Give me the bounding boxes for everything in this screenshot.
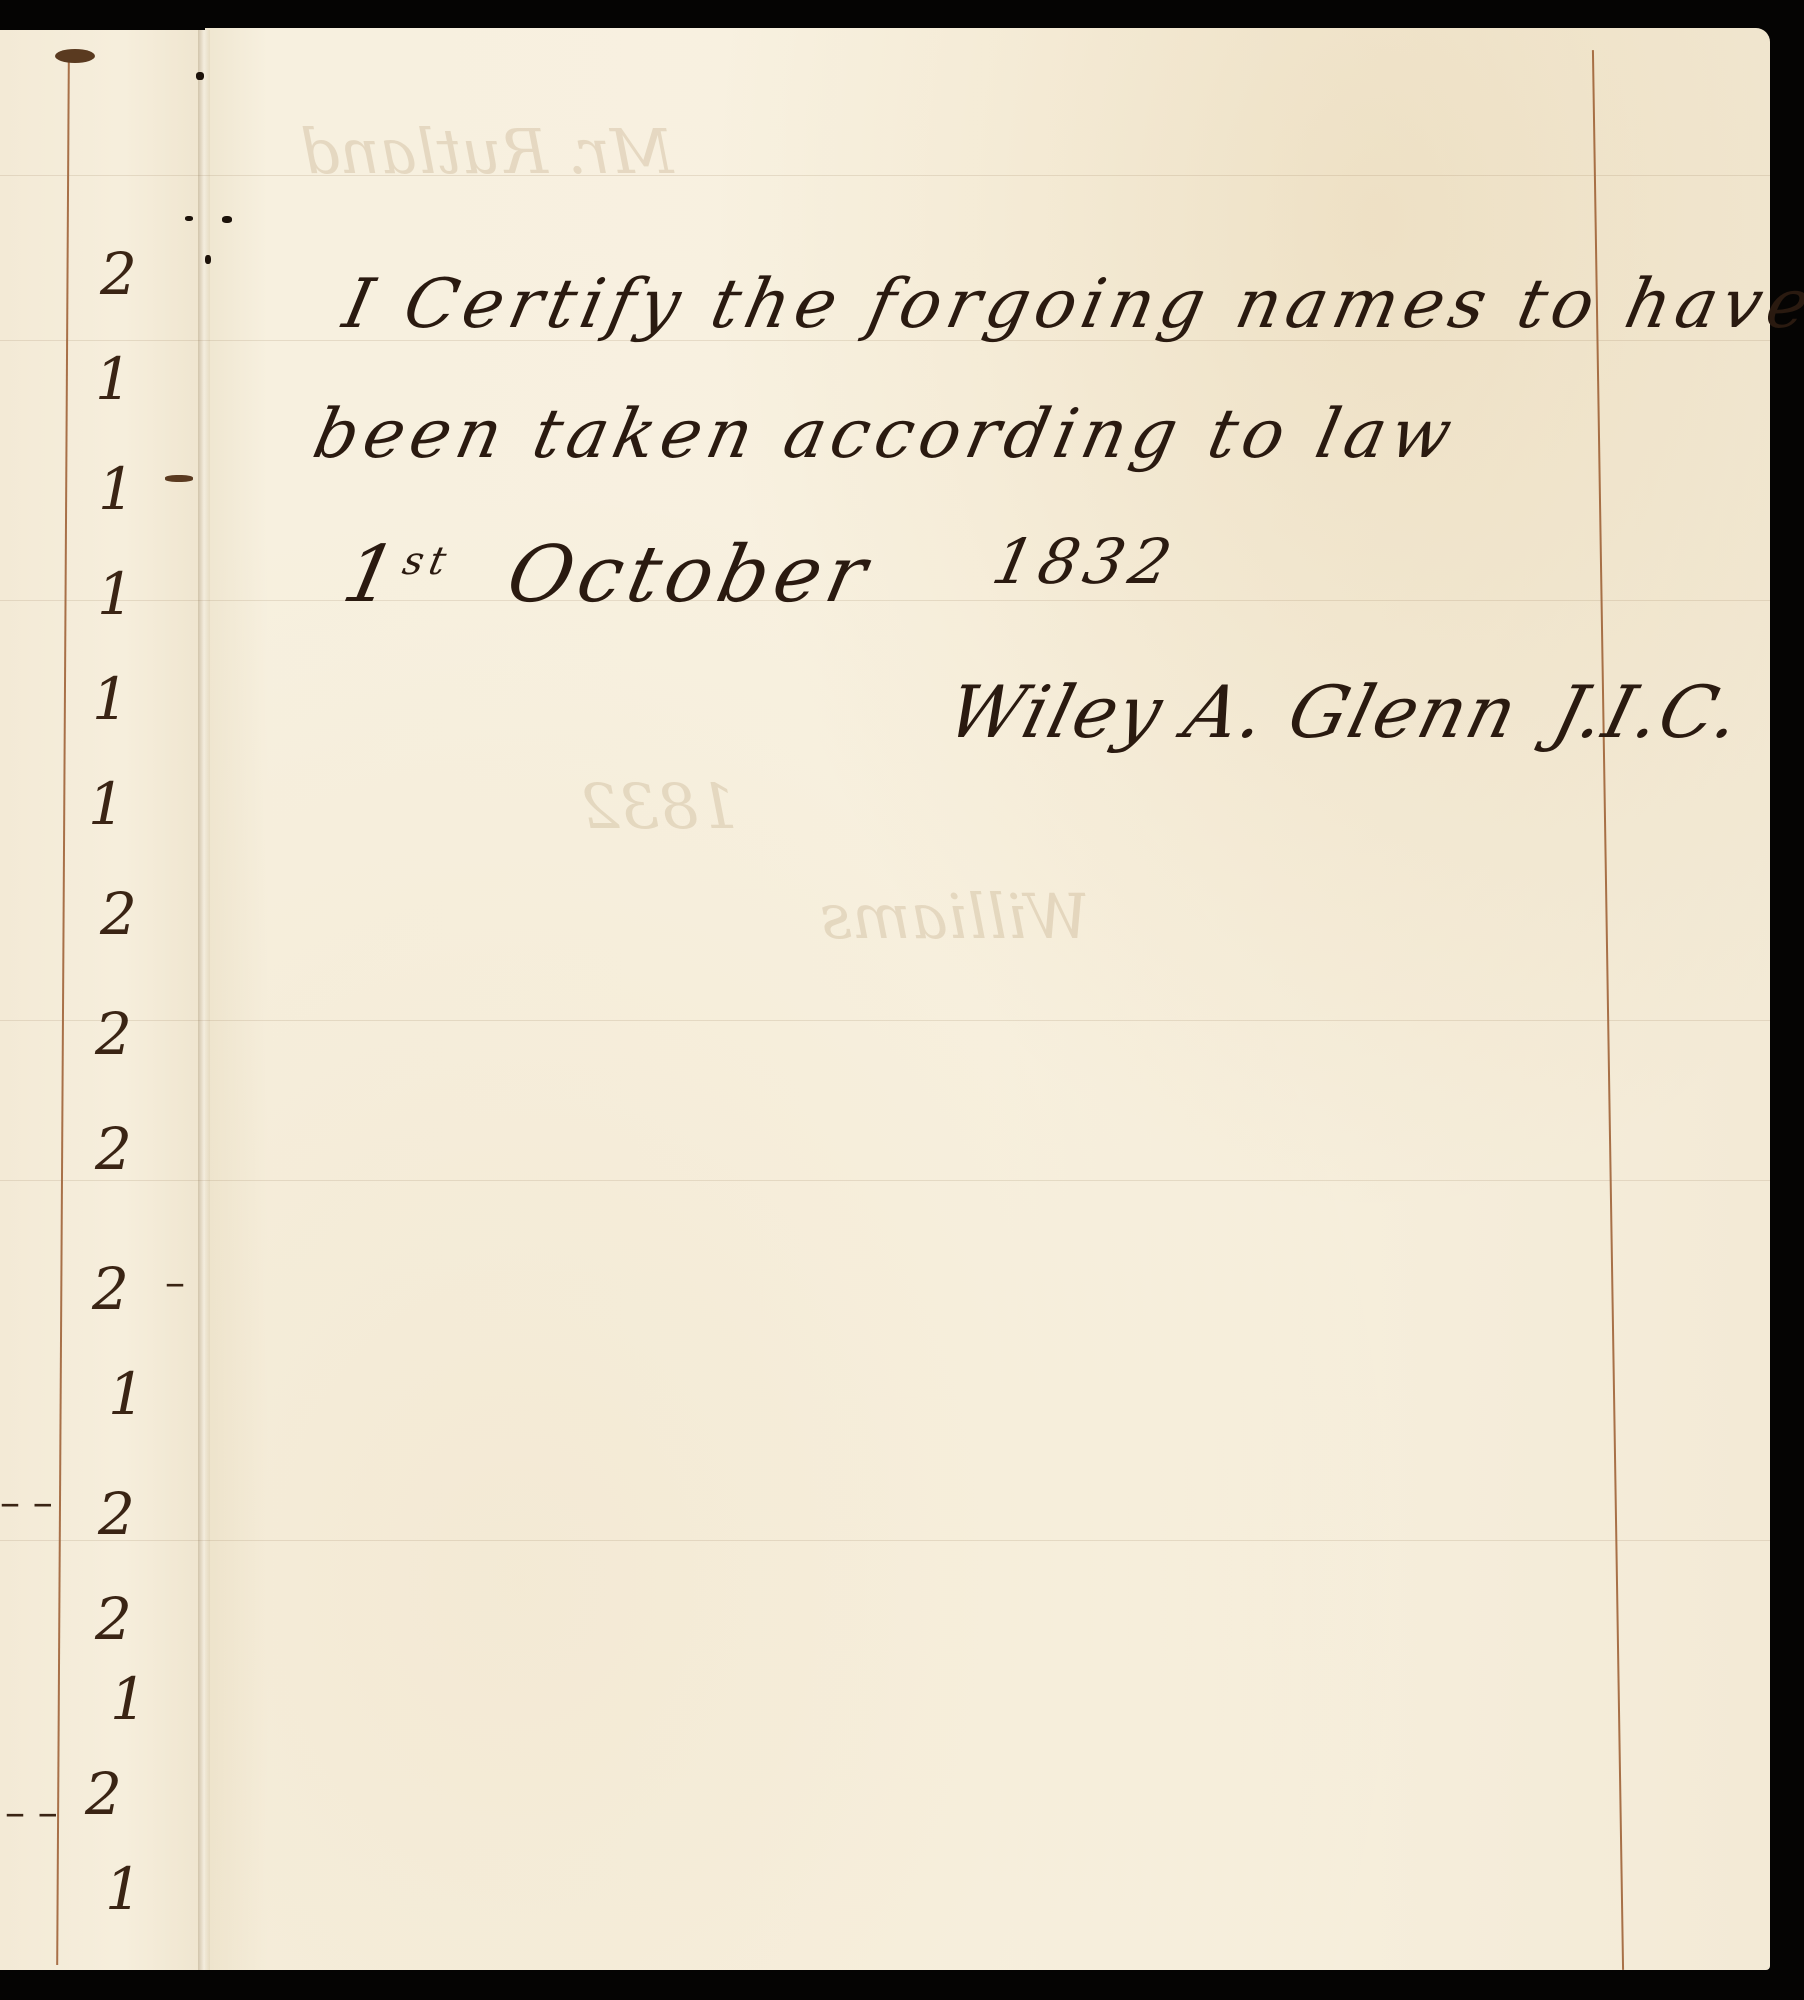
column-value: 2 bbox=[95, 1585, 132, 1653]
column-value: 1 bbox=[88, 770, 125, 838]
dash-mark: – – bbox=[0, 1480, 53, 1526]
certification-line-2: been taken according to law bbox=[307, 395, 1465, 474]
column-value: 2 bbox=[85, 1760, 122, 1828]
dash-mark: – bbox=[165, 1260, 185, 1306]
date-month: October bbox=[500, 530, 880, 620]
ink-speck bbox=[205, 255, 211, 264]
certification-line-1: I Certify the forgoing names to have bbox=[337, 265, 1804, 344]
ink-speck bbox=[185, 216, 193, 221]
ink-speck bbox=[196, 72, 204, 80]
ink-speck bbox=[165, 475, 193, 482]
column-value: 2 bbox=[98, 1480, 135, 1548]
column-value: 2 bbox=[100, 240, 137, 308]
column-value: 2 bbox=[100, 880, 137, 948]
faint-rule bbox=[0, 1180, 1770, 1181]
column-value: 2 bbox=[95, 1000, 132, 1068]
column-value: 2 bbox=[95, 1115, 132, 1183]
column-value: 1 bbox=[98, 455, 135, 523]
column-value: 1 bbox=[108, 1360, 145, 1428]
faint-rule bbox=[0, 1540, 1770, 1541]
column-value: 1 bbox=[92, 665, 129, 733]
column-value: 1 bbox=[105, 1855, 142, 1923]
signature-title: J.I.C. bbox=[1545, 670, 1751, 754]
ink-speck bbox=[222, 216, 232, 223]
dash-mark: – – bbox=[5, 1790, 58, 1836]
column-value: 1 bbox=[95, 345, 132, 413]
column-value: 1 bbox=[110, 1665, 147, 1733]
page-fold bbox=[198, 30, 210, 1970]
bleed-through-text: Williams bbox=[820, 880, 1090, 953]
ink-speck bbox=[55, 49, 95, 63]
bleed-through-text: Mr. Rutland bbox=[300, 115, 674, 188]
bleed-through-text: 1832 bbox=[580, 770, 738, 843]
signature-name: Wiley A. Glenn bbox=[940, 670, 1528, 754]
faint-rule bbox=[0, 1020, 1770, 1021]
date-year: 1832 bbox=[986, 525, 1183, 598]
column-value: 2 bbox=[92, 1255, 129, 1323]
signature: Wiley A. Glenn J.I.C. bbox=[940, 670, 1751, 754]
column-value: 1 bbox=[97, 560, 134, 628]
date-line: 1st October 1832 bbox=[335, 530, 1182, 620]
faint-rule bbox=[0, 175, 1770, 176]
date-day-suffix: st bbox=[399, 539, 456, 584]
